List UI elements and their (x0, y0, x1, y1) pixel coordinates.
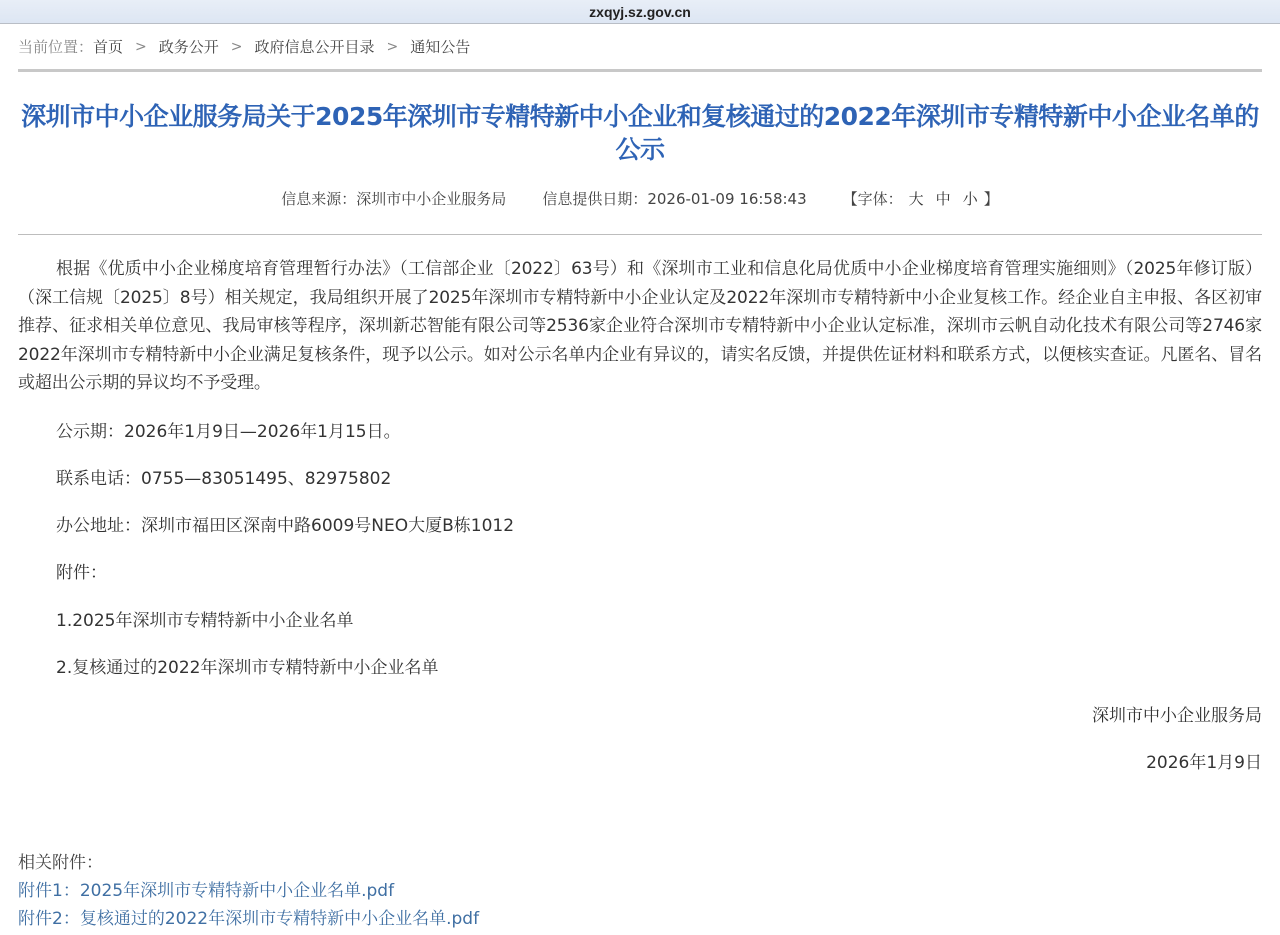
font-medium-button[interactable]: 中 (936, 190, 951, 208)
attachments-label: 附件： (56, 558, 107, 583)
breadcrumb-gov-affairs[interactable]: 政务公开 (159, 36, 219, 57)
browser-url-bar[interactable]: zxqyj.sz.gov.cn (0, 0, 1280, 24)
info-date: 信息提供日期：2026-01-09 16:58:43 (542, 188, 806, 209)
source-label: 信息来源： (281, 190, 356, 208)
page-title: 深圳市中小企业服务局关于2025年深圳市专精特新中小企业和复核通过的2022年深… (18, 100, 1262, 166)
article-paragraph: 根据《优质中小企业梯度培育管理暂行办法》（工信部企业〔2022〕63号）和《深圳… (18, 255, 1262, 398)
source-value: 深圳市中小企业服务局 (356, 190, 506, 208)
attachment-link-1[interactable]: 附件1：2025年深圳市专精特新中小企业名单.pdf (18, 876, 394, 901)
font-size-close: 】 (984, 190, 999, 208)
font-small-button[interactable]: 小 (963, 190, 978, 208)
attachment-link-2[interactable]: 附件2：复核通过的2022年深圳市专精特新中小企业名单.pdf (18, 904, 479, 929)
contact-phone: 联系电话：0755—83051495、82975802 (56, 464, 391, 489)
info-source: 信息来源：深圳市中小企业服务局 (281, 188, 506, 209)
divider (18, 69, 1262, 72)
office-address: 办公地址：深圳市福田区深南中路6009号NEO大厦B栋1012 (56, 511, 514, 536)
date-value: 2026-01-09 16:58:43 (647, 190, 806, 208)
notice-period: 公示期：2026年1月9日—2026年1月15日。 (56, 417, 401, 442)
signature-date: 2026年1月9日 (1146, 748, 1262, 773)
date-label: 信息提供日期： (542, 190, 647, 208)
breadcrumb-notices[interactable]: 通知公告 (410, 36, 470, 57)
font-size-control: 【字体：大中小】 (843, 188, 999, 209)
url-text: zxqyj.sz.gov.cn (589, 4, 691, 20)
attachment-item: 2.复核通过的2022年深圳市专精特新中小企业名单 (56, 653, 438, 678)
font-large-button[interactable]: 大 (909, 190, 924, 208)
related-attachments-label: 相关附件： (18, 848, 103, 873)
breadcrumb-home[interactable]: 首页 (93, 36, 123, 57)
signature: 深圳市中小企业服务局 (1092, 701, 1262, 726)
font-size-label: 【字体： (843, 190, 903, 208)
breadcrumb-info-catalog[interactable]: 政府信息公开目录 (255, 36, 375, 57)
chevron-right-icon: > (135, 39, 147, 55)
attachment-item: 1.2025年深圳市专精特新中小企业名单 (56, 606, 353, 631)
breadcrumb: 当前位置： 首页 > 政务公开 > 政府信息公开目录 > 通知公告 (18, 36, 470, 57)
divider (18, 234, 1262, 235)
chevron-right-icon: > (231, 39, 243, 55)
breadcrumb-label: 当前位置： (18, 36, 93, 57)
article-meta: 信息来源：深圳市中小企业服务局 信息提供日期：2026-01-09 16:58:… (0, 188, 1280, 209)
chevron-right-icon: > (387, 39, 399, 55)
